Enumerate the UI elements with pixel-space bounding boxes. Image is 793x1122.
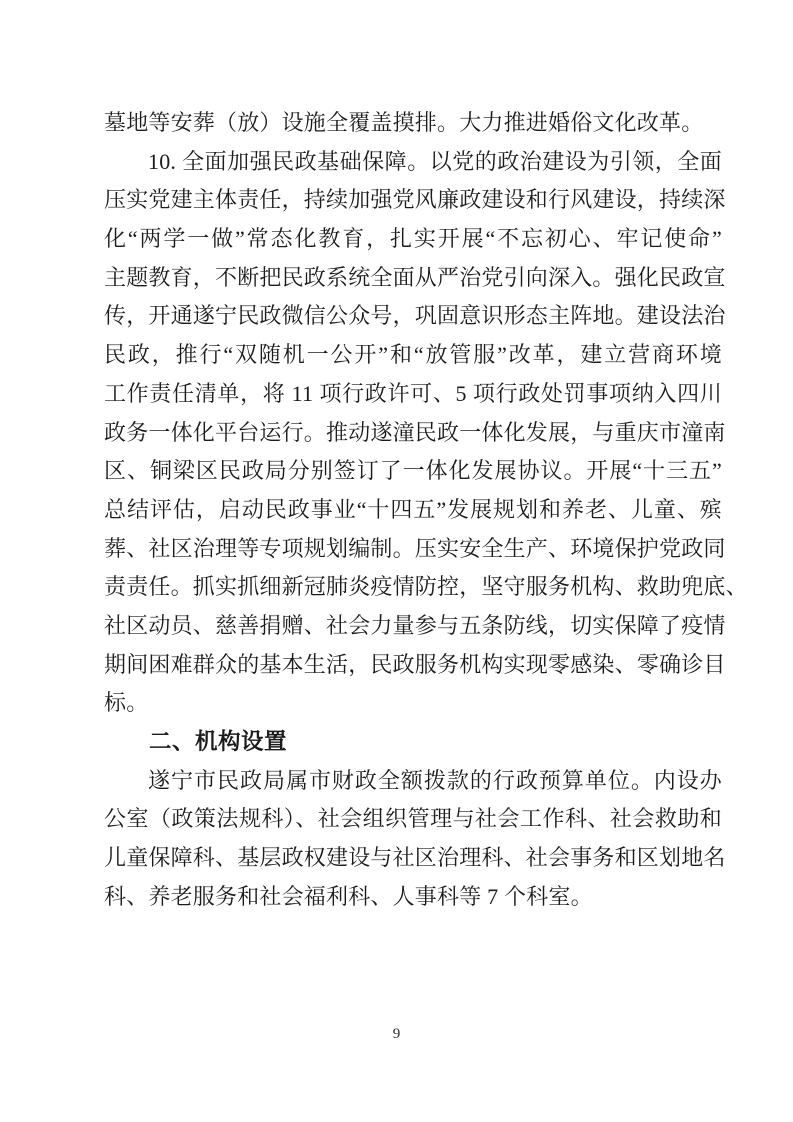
body-line: 区、铜梁区民政局分别签订了一体化发展协议。开展“十三五” (104, 452, 722, 491)
body-line: 传，开通遂宁民政微信公众号，巩固意识形态主阵地。建设法治 (104, 297, 722, 336)
body-line: 葬、社区治理等专项规划编制。压实安全生产、环境保护党政同 (104, 530, 722, 569)
body-line: 公室（政策法规科）、社会组织管理与社会工作科、社会救助和 (104, 800, 722, 839)
page-number: 9 (0, 1024, 793, 1044)
body-line: 主题教育，不断把民政系统全面从严治党引向深入。强化民政宣 (104, 259, 722, 298)
body-line: 责责任。抓实抓细新冠肺炎疫情防控，坚守服务机构、救助兜底、 (104, 568, 722, 607)
body-line: 儿童保障科、基层政权建设与社区治理科、社会事务和区划地名 (104, 839, 722, 878)
body-line: 压实党建主体责任，持续加强党风廉政建设和行风建设，持续深 (104, 181, 722, 220)
document-page: 墓地等安葬（放）设施全覆盖摸排。大力推进婚俗文化改革。 10. 全面加强民政基础… (0, 0, 793, 1122)
body-line: 总结评估，启动民政事业“十四五”发展规划和养老、儿童、殡 (104, 491, 722, 530)
body-line: 墓地等安葬（放）设施全覆盖摸排。大力推进婚俗文化改革。 (104, 104, 722, 143)
document-body: 墓地等安葬（放）设施全覆盖摸排。大力推进婚俗文化改革。 10. 全面加强民政基础… (104, 104, 722, 916)
body-line: 科、养老服务和社会福利科、人事科等 7 个科室。 (104, 878, 722, 917)
body-line: 标。 (104, 684, 722, 723)
body-line: 期间困难群众的基本生活，民政服务机构实现零感染、零确诊目 (104, 646, 722, 685)
body-line: 社区动员、慈善捐赠、社会力量参与五条防线，切实保障了疫情 (104, 607, 722, 646)
body-line: 工作责任清单，将 11 项行政许可、5 项行政处罚事项纳入四川 (104, 375, 722, 414)
body-line: 民政，推行“双随机一公开”和“放管服”改革，建立营商环境 (104, 336, 722, 375)
body-line: 化“两学一做”常态化教育，扎实开展“不忘初心、牢记使命” (104, 220, 722, 259)
body-line: 遂宁市民政局属市财政全额拨款的行政预算单位。内设办 (104, 762, 722, 801)
body-line: 政务一体化平台运行。推动遂潼民政一体化发展，与重庆市潼南 (104, 414, 722, 453)
body-line: 10. 全面加强民政基础保障。以党的政治建设为引领，全面 (104, 143, 722, 182)
section-heading: 二、机构设置 (104, 723, 722, 762)
